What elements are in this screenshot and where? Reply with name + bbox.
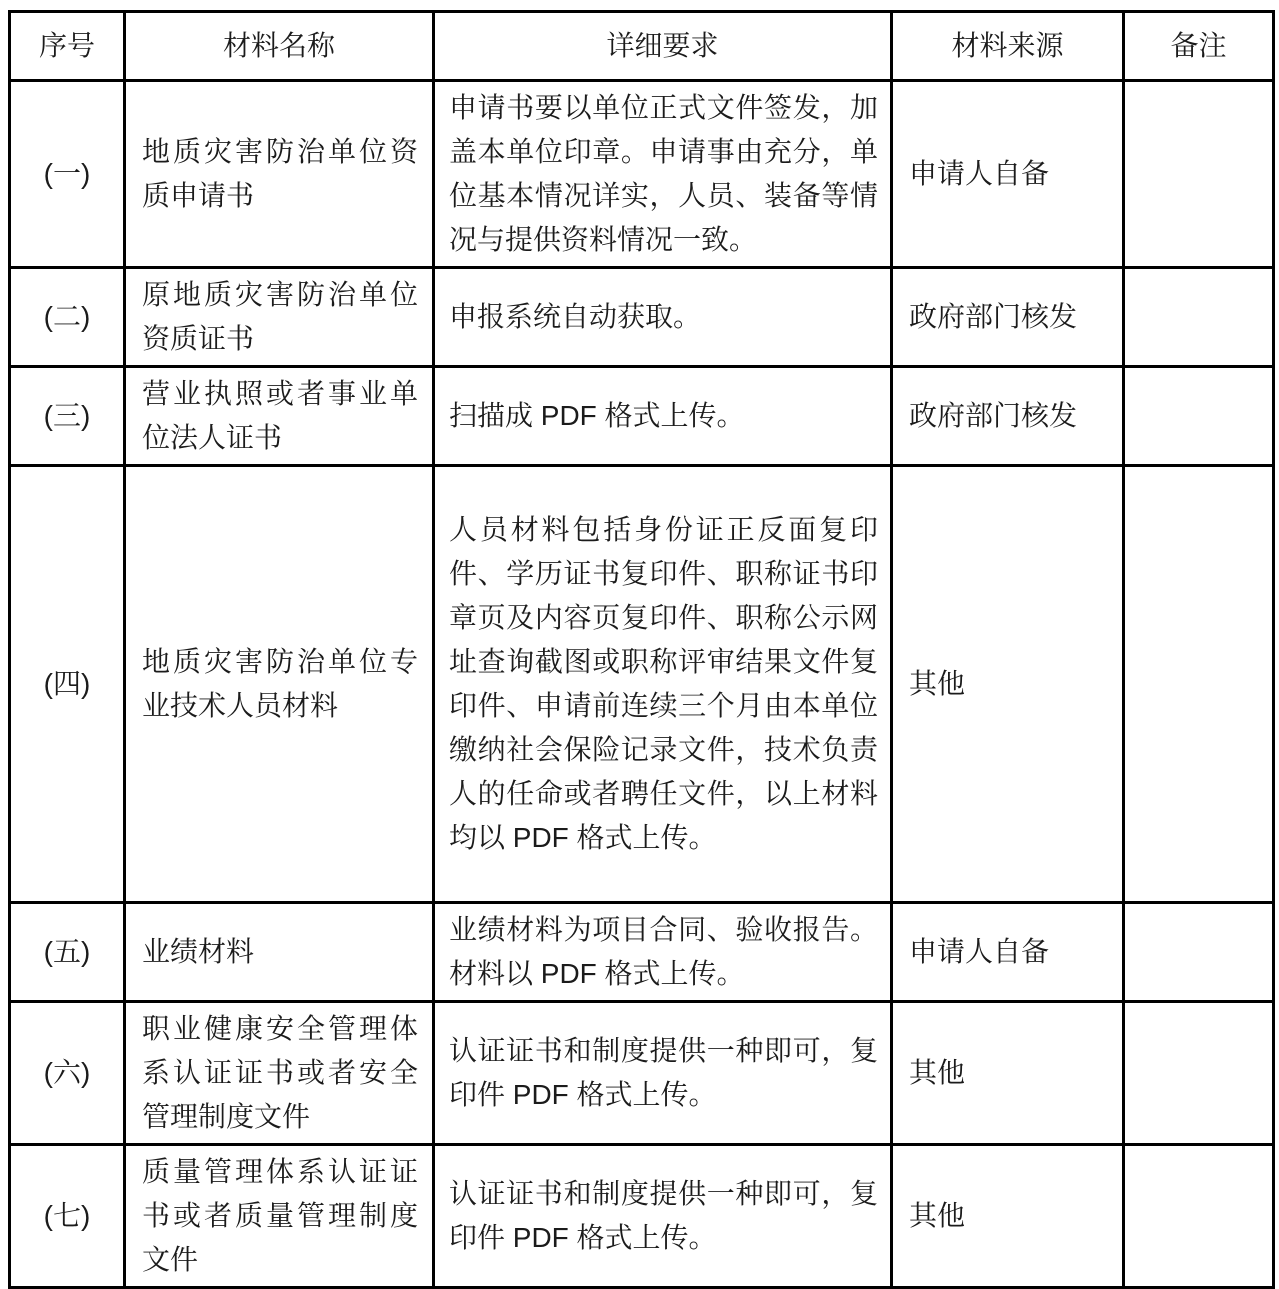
material-name-cell: 地质灾害防治单位专业技术人员材料 (125, 466, 434, 903)
material-name-cell: 业绩材料 (125, 903, 434, 1002)
requirement-cell: 认证证书和制度提供一种即可，复印件 PDF 格式上传。 (434, 1002, 892, 1145)
table-row: (五) 业绩材料 业绩材料为项目合同、验收报告。材料以 PDF 格式上传。 申请… (10, 903, 1274, 1002)
requirement-cell: 扫描成 PDF 格式上传。 (434, 367, 892, 466)
header-material-name: 材料名称 (125, 12, 434, 81)
requirement-cell: 业绩材料为项目合同、验收报告。材料以 PDF 格式上传。 (434, 903, 892, 1002)
source-cell: 申请人自备 (892, 81, 1124, 268)
table-row: (一) 地质灾害防治单位资质申请书 申请书要以单位正式文件签发，加盖本单位印章。… (10, 81, 1274, 268)
material-name-cell: 原地质灾害防治单位资质证书 (125, 268, 434, 367)
header-detailed-requirements: 详细要求 (434, 12, 892, 81)
table-row: (二) 原地质灾害防治单位资质证书 申报系统自动获取。 政府部门核发 (10, 268, 1274, 367)
source-cell: 申请人自备 (892, 903, 1124, 1002)
material-name-cell: 质量管理体系认证证书或者质量管理制度文件 (125, 1145, 434, 1288)
material-name-cell: 营业执照或者事业单位法人证书 (125, 367, 434, 466)
source-cell: 政府部门核发 (892, 367, 1124, 466)
source-cell: 政府部门核发 (892, 268, 1124, 367)
remark-cell (1124, 367, 1274, 466)
remark-cell (1124, 268, 1274, 367)
requirement-cell: 申报系统自动获取。 (434, 268, 892, 367)
table-row: (七) 质量管理体系认证证书或者质量管理制度文件 认证证书和制度提供一种即可，复… (10, 1145, 1274, 1288)
source-cell: 其他 (892, 1145, 1124, 1288)
requirement-cell: 申请书要以单位正式文件签发，加盖本单位印章。申请事由充分，单位基本情况详实，人员… (434, 81, 892, 268)
serial-number-cell: (六) (10, 1002, 125, 1145)
table-row: (三) 营业执照或者事业单位法人证书 扫描成 PDF 格式上传。 政府部门核发 (10, 367, 1274, 466)
header-serial-number: 序号 (10, 12, 125, 81)
remark-cell (1124, 81, 1274, 268)
material-name-cell: 职业健康安全管理体系认证证书或者安全管理制度文件 (125, 1002, 434, 1145)
serial-number-cell: (二) (10, 268, 125, 367)
serial-number-cell: (三) (10, 367, 125, 466)
remark-cell (1124, 466, 1274, 903)
material-name-cell: 地质灾害防治单位资质申请书 (125, 81, 434, 268)
table-row: (六) 职业健康安全管理体系认证证书或者安全管理制度文件 认证证书和制度提供一种… (10, 1002, 1274, 1145)
requirement-cell: 人员材料包括身份证正反面复印件、学历证书复印件、职称证书印章页及内容页复印件、职… (434, 466, 892, 903)
header-remarks: 备注 (1124, 12, 1274, 81)
table-row: (四) 地质灾害防治单位专业技术人员材料 人员材料包括身份证正反面复印件、学历证… (10, 466, 1274, 903)
serial-number-cell: (五) (10, 903, 125, 1002)
serial-number-cell: (七) (10, 1145, 125, 1288)
header-material-source: 材料来源 (892, 12, 1124, 81)
header-row: 序号 材料名称 详细要求 材料来源 备注 (10, 12, 1274, 81)
remark-cell (1124, 1145, 1274, 1288)
remark-cell (1124, 903, 1274, 1002)
serial-number-cell: (四) (10, 466, 125, 903)
requirement-cell: 认证证书和制度提供一种即可，复印件 PDF 格式上传。 (434, 1145, 892, 1288)
remark-cell (1124, 1002, 1274, 1145)
materials-table: 序号 材料名称 详细要求 材料来源 备注 (一) 地质灾害防治单位资质申请书 申… (8, 10, 1275, 1289)
source-cell: 其他 (892, 1002, 1124, 1145)
serial-number-cell: (一) (10, 81, 125, 268)
source-cell: 其他 (892, 466, 1124, 903)
